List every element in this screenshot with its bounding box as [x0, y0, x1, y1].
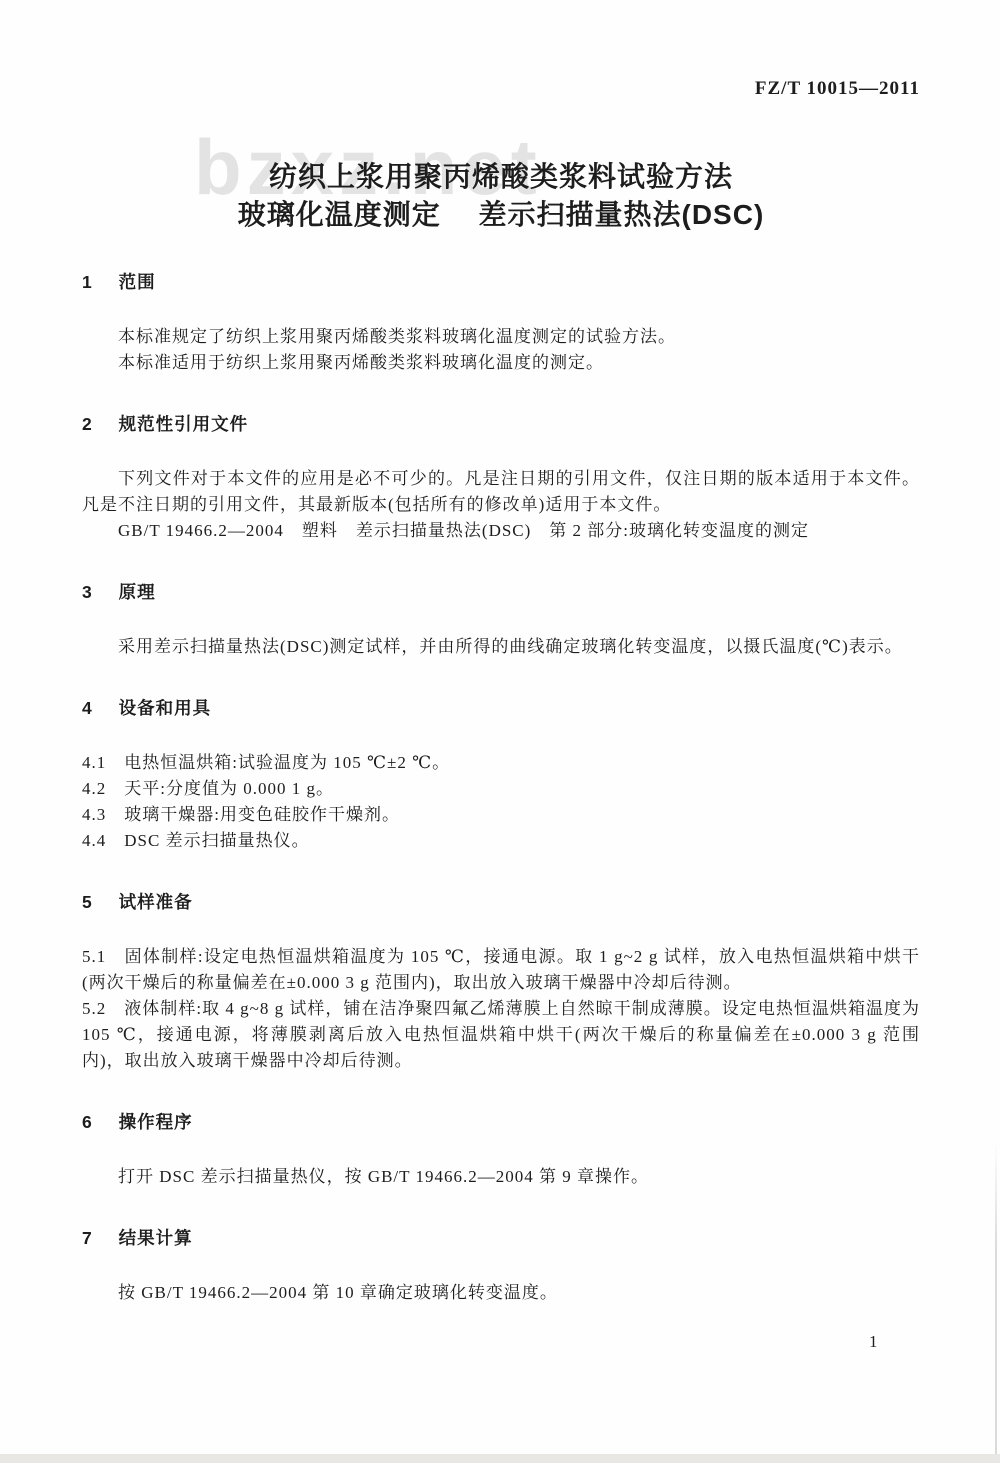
section-number: 2 [82, 414, 93, 434]
document-content: FZ/T 10015—2011 纺织上浆用聚丙烯酸类浆料试验方法 玻璃化温度测定… [0, 0, 1000, 1306]
item-number: 4.4 [82, 831, 106, 850]
title-line-1: 纺织上浆用聚丙烯酸类浆料试验方法 [82, 158, 920, 196]
numbered-item: 4.4DSC 差示扫描量热仪。 [82, 828, 920, 854]
numbered-item: 4.3玻璃干燥器:用变色硅胶作干燥剂。 [82, 802, 920, 828]
item-number: 5.1 [82, 947, 106, 966]
document-title: 纺织上浆用聚丙烯酸类浆料试验方法 玻璃化温度测定 差示扫描量热法(DSC) [82, 158, 920, 234]
section-number: 1 [82, 272, 93, 292]
section-heading: 5 试样准备 [82, 892, 920, 912]
item-text: 电热恒温烘箱:试验温度为 105 ℃±2 ℃。 [124, 753, 450, 772]
section-title: 范围 [119, 272, 156, 292]
numbered-item: 5.1固体制样:设定电热恒温烘箱温度为 105 ℃，接通电源。取 1 g~2 g… [82, 944, 920, 996]
item-number: 4.2 [82, 779, 106, 798]
page-edge-right [995, 1140, 997, 1463]
section-number: 6 [82, 1112, 93, 1132]
item-text: 固体制样:设定电热恒温烘箱温度为 105 ℃，接通电源。取 1 g~2 g 试样… [82, 947, 920, 992]
paragraph: 按 GB/T 19466.2—2004 第 10 章确定玻璃化转变温度。 [82, 1280, 920, 1306]
document-section: 1 范围 本标准规定了纺织上浆用聚丙烯酸类浆料玻璃化温度测定的试验方法。本标准适… [82, 272, 920, 376]
section-heading: 4 设备和用具 [82, 698, 920, 718]
page-number: 1 [869, 1332, 878, 1352]
section-title: 试样准备 [119, 892, 193, 912]
numbered-item: 4.1电热恒温烘箱:试验温度为 105 ℃±2 ℃。 [82, 750, 920, 776]
document-page: bzxz.net FZ/T 10015—2011 纺织上浆用聚丙烯酸类浆料试验方… [0, 0, 1000, 1463]
item-text: 天平:分度值为 0.000 1 g。 [124, 779, 334, 798]
title-line-2: 玻璃化温度测定 差示扫描量热法(DSC) [82, 196, 920, 234]
section-title: 原理 [119, 582, 156, 602]
section-title: 结果计算 [119, 1228, 193, 1248]
document-section: 3 原理 采用差示扫描量热法(DSC)测定试样，并由所得的曲线确定玻璃化转变温度… [82, 582, 920, 660]
numbered-item: 4.2天平:分度值为 0.000 1 g。 [82, 776, 920, 802]
section-number: 4 [82, 698, 93, 718]
section-title: 规范性引用文件 [119, 414, 249, 434]
document-section: 2 规范性引用文件 下列文件对于本文件的应用是必不可少的。凡是注日期的引用文件，… [82, 414, 920, 544]
paragraph: 采用差示扫描量热法(DSC)测定试样，并由所得的曲线确定玻璃化转变温度，以摄氏温… [82, 634, 920, 660]
sections-container: 1 范围 本标准规定了纺织上浆用聚丙烯酸类浆料玻璃化温度测定的试验方法。本标准适… [82, 272, 920, 1306]
document-section: 4 设备和用具 4.1电热恒温烘箱:试验温度为 105 ℃±2 ℃。4.2天平:… [82, 698, 920, 854]
section-heading: 1 范围 [82, 272, 920, 292]
section-heading: 3 原理 [82, 582, 920, 602]
document-section: 6 操作程序 打开 DSC 差示扫描量热仪，按 GB/T 19466.2—200… [82, 1112, 920, 1190]
numbered-item: 5.2液体制样:取 4 g~8 g 试样，铺在洁净聚四氟乙烯薄膜上自然晾干制成薄… [82, 996, 920, 1074]
numbered-items: 4.1电热恒温烘箱:试验温度为 105 ℃±2 ℃。4.2天平:分度值为 0.0… [82, 750, 920, 854]
section-number: 7 [82, 1228, 93, 1248]
paragraph: 本标准适用于纺织上浆用聚丙烯酸类浆料玻璃化温度的测定。 [82, 350, 920, 376]
paragraph: 下列文件对于本文件的应用是必不可少的。凡是注日期的引用文件，仅注日期的版本适用于… [82, 466, 920, 518]
item-number: 4.1 [82, 753, 106, 772]
section-number: 3 [82, 582, 93, 602]
paragraph: 本标准规定了纺织上浆用聚丙烯酸类浆料玻璃化温度测定的试验方法。 [82, 324, 920, 350]
paragraph: 打开 DSC 差示扫描量热仪，按 GB/T 19466.2—2004 第 9 章… [82, 1164, 920, 1190]
section-heading: 6 操作程序 [82, 1112, 920, 1132]
item-text: 液体制样:取 4 g~8 g 试样，铺在洁净聚四氟乙烯薄膜上自然晾干制成薄膜。设… [82, 999, 920, 1070]
section-heading: 7 结果计算 [82, 1228, 920, 1248]
item-text: DSC 差示扫描量热仪。 [124, 831, 309, 850]
document-section: 5 试样准备 5.1固体制样:设定电热恒温烘箱温度为 105 ℃，接通电源。取 … [82, 892, 920, 1074]
standard-code: FZ/T 10015—2011 [82, 0, 920, 100]
section-title: 操作程序 [119, 1112, 193, 1132]
section-number: 5 [82, 892, 93, 912]
item-number: 5.2 [82, 999, 106, 1018]
section-heading: 2 规范性引用文件 [82, 414, 920, 434]
paragraph: GB/T 19466.2—2004 塑料 差示扫描量热法(DSC) 第 2 部分… [82, 518, 920, 544]
numbered-items: 5.1固体制样:设定电热恒温烘箱温度为 105 ℃，接通电源。取 1 g~2 g… [82, 944, 920, 1074]
item-number: 4.3 [82, 805, 106, 824]
item-text: 玻璃干燥器:用变色硅胶作干燥剂。 [124, 805, 400, 824]
page-edge-bottom [0, 1454, 1000, 1463]
document-section: 7 结果计算 按 GB/T 19466.2—2004 第 10 章确定玻璃化转变… [82, 1228, 920, 1306]
section-title: 设备和用具 [119, 698, 212, 718]
